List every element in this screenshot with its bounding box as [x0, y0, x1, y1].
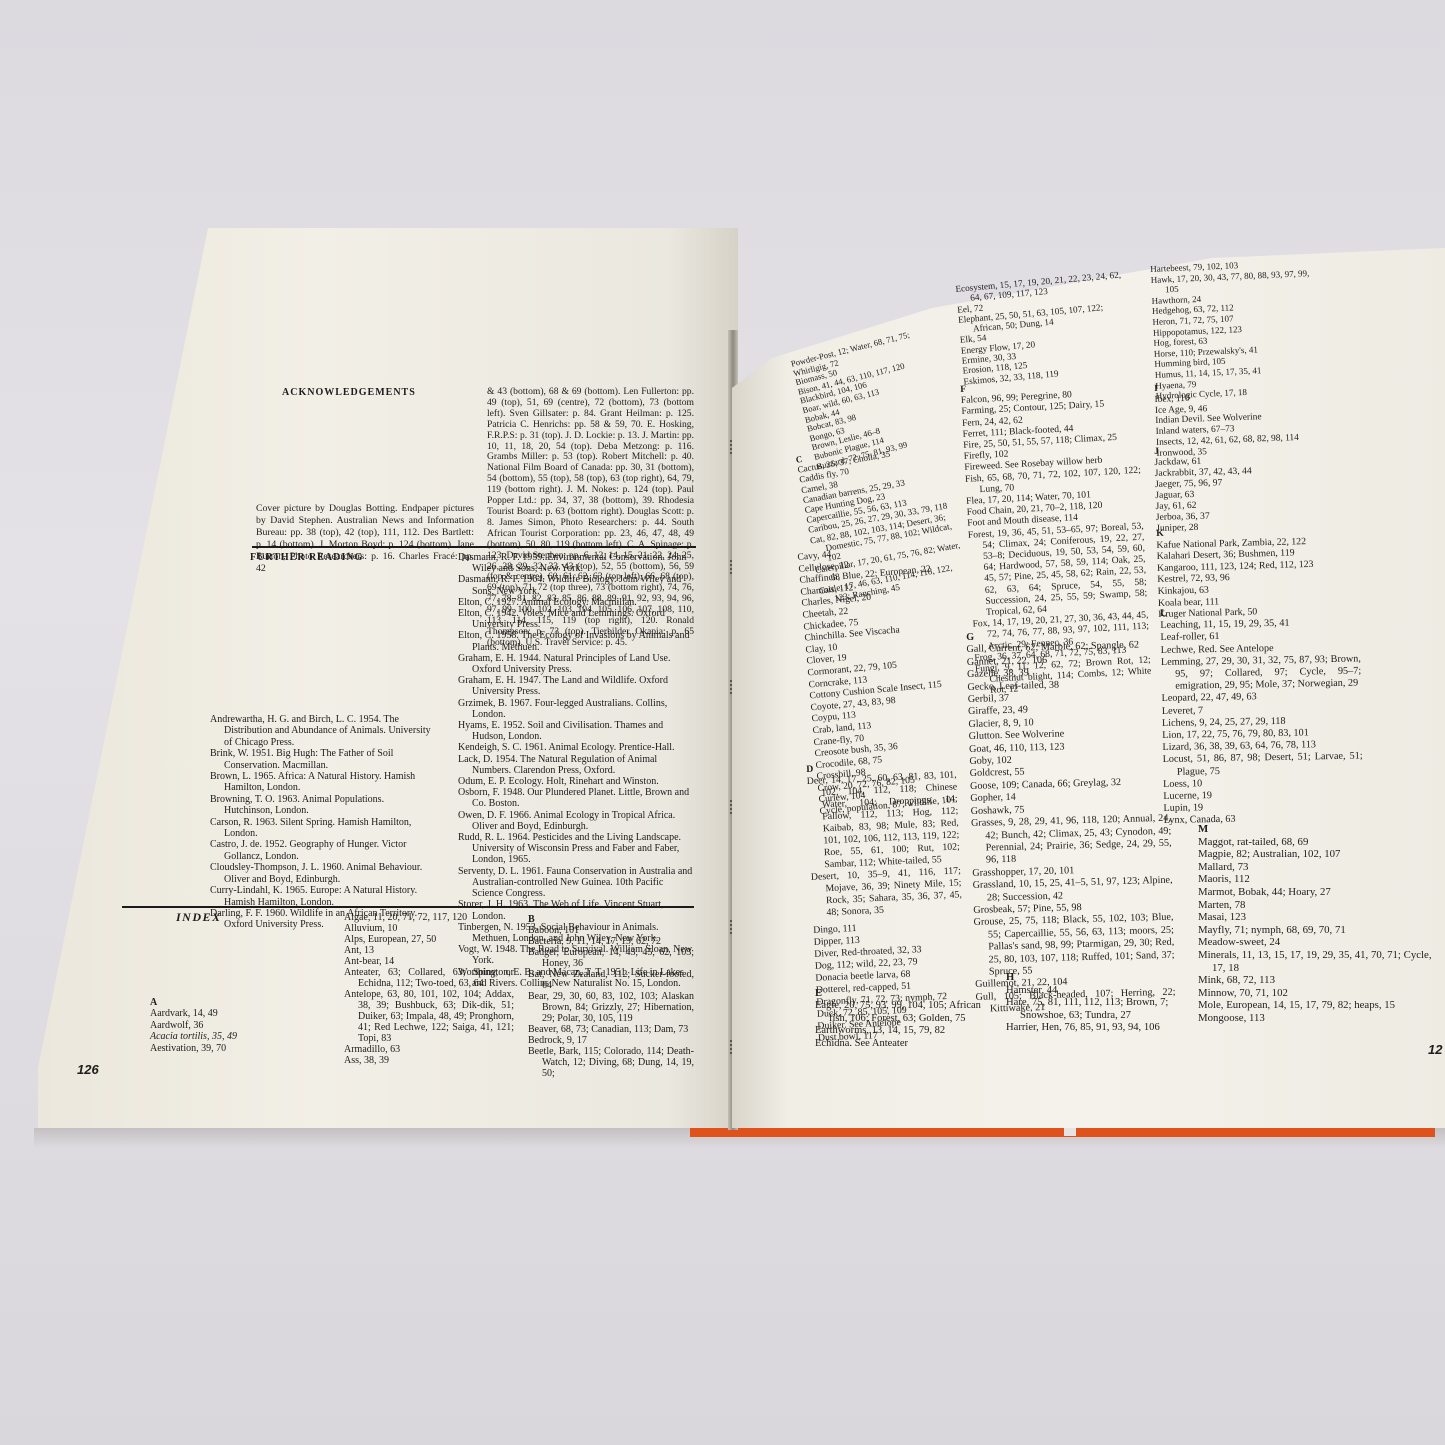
reference: Elton, C. 1927. Animal Ecology. Macmilla… [458, 597, 694, 608]
index-entry: Meadow-sweet, 24 [1198, 936, 1443, 949]
index-entry: Mayfly, 71; nymph, 68, 69, 70, 71 [1198, 924, 1443, 937]
index-entry: Ant-bear, 14 [344, 956, 514, 967]
index-entry: Deer, 14, 17, 25, 60, 63, 81, 83, 101, 1… [807, 769, 961, 871]
index-entry: Bat, New Zealand, 112; Sucker-footed, 64 [528, 969, 694, 991]
index-letter: A [150, 997, 320, 1008]
index-section-g: G Gall, Current, 62; Marble, 62; Spangle… [966, 627, 1176, 1017]
index-right-col2-top: Ecosystem, 15, 17, 19, 20, 21, 22, 23, 2… [955, 269, 1133, 386]
reference: Owen, D. F. 1966. Animal Ecology in Trop… [458, 810, 694, 832]
reference: Andrewartha, H. G. and Birch, L. C. 1954… [210, 714, 434, 748]
index-entry: Hamster, 44 [1006, 985, 1206, 998]
index-entry: Badger, European, 14, 43, 45, 62, 103; H… [528, 947, 694, 969]
index-letter: M [1198, 823, 1443, 836]
further-reading-heading: FURTHER READING [250, 552, 363, 565]
index-column-a-cont: Algae, 11, 20, 71, 72, 117, 120 Alluvium… [344, 912, 514, 1066]
index-entry: Antelope, 63, 80, 101, 102, 104; Addax, … [344, 989, 514, 1044]
index-entry: Armadillo, 63 [344, 1044, 514, 1055]
index-entry: Marmot, Bobak, 44; Hoary, 27 [1198, 886, 1443, 899]
index-section-j: J Jackdaw, 61 Jackrabbit, 37, 42, 43, 44… [1154, 441, 1336, 534]
index-entry: Beaver, 68, 73; Canadian, 113; Dam, 73 [528, 1024, 694, 1035]
index-entry: Mongoose, 113 [1198, 1012, 1443, 1025]
index-section-m: M Maggot, rat-tailed, 68, 69 Magpie, 82;… [1198, 823, 1443, 1025]
index-entry: Baboon, 101 [528, 925, 694, 936]
index-entry: Alps, European, 27, 50 [344, 934, 514, 945]
index-column-b: B Baboon, 101 Bacteria, 9, 11, 14, 17, 1… [528, 914, 694, 1079]
index-entry: Minerals, 11, 13, 15, 17, 19, 29, 35, 41… [1198, 949, 1443, 974]
index-entry: Ant, 13 [344, 945, 514, 956]
reference: Cloudsley-Thompson, J. L. 1960. Animal B… [210, 862, 434, 885]
index-column-a: A Aardvark, 14, 49 Aardwolf, 36 Acacia t… [150, 997, 320, 1054]
reference: Elton, C. 1942. Voles, Mice and Lemmings… [458, 608, 694, 630]
index-letter: E [815, 988, 995, 1000]
index-entry: Grasses, 9, 28, 29, 41, 96, 118, 120; An… [971, 813, 1172, 868]
reference: Castro, J. de. 1952. Geography of Hunger… [210, 839, 434, 862]
reference: Graham, E. H. 1944. Natural Principles o… [458, 653, 694, 675]
index-entry: Eagle, 20, 75, 93, 99, 104, 105; African… [815, 1000, 995, 1025]
reference: Graham, E. H. 1947. The Land and Wildlif… [458, 675, 694, 697]
acknowledgements-heading: ACKNOWLEDGEMENTS [282, 387, 416, 400]
reference: Browning, T. O. 1963. Animal Populations… [210, 794, 434, 817]
index-heading: INDEX [176, 911, 222, 924]
index-letter: B [528, 914, 694, 925]
index-entry: Desert, 10, 35–9, 41, 116, 117; Mojave, … [811, 865, 963, 919]
index-entry: Aestivation, 39, 70 [150, 1043, 320, 1054]
reference: Lack, D. 1954. The Natural Regulation of… [458, 754, 694, 776]
reference: Brown, L. 1965. Africa: A Natural Histor… [210, 771, 434, 794]
reference: Dasmann, R. F. 1959. Environmental Conse… [458, 552, 694, 574]
reference: Osborn, F. 1948. Our Plundered Planet. L… [458, 787, 694, 809]
index-entry: Magpie, 82; Australian, 102, 107 [1198, 848, 1443, 861]
index-section-h: H Hamster, 44 Hare, 75, 81, 111, 112, 11… [1006, 972, 1206, 1035]
index-entry: Earthworms, 13, 14, 15, 79, 82 [815, 1025, 995, 1037]
index-entry: Locust, 51, 86, 87, 98; Desert, 51; Larv… [1163, 751, 1363, 779]
reference: Dasmann, R. F. 1964. Wildlife Biology. J… [458, 574, 694, 596]
index-entry: Bedrock, 9, 17 [528, 1035, 694, 1046]
index-entry: Marten, 78 [1198, 899, 1443, 912]
index-entry: Bear, 29, 30, 60, 83, 102, 103; Alaskan … [528, 991, 694, 1024]
index-entry: Algae, 11, 20, 71, 72, 117, 120 [344, 912, 514, 923]
reference: Carson, R. 1963. Silent Spring. Hamish H… [210, 817, 434, 840]
index-section-e: E Eagle, 20, 75, 93, 99, 104, 105; Afric… [815, 988, 995, 1050]
index-entry: Acacia tortilis, 35, 49 [150, 1031, 320, 1042]
index-entry: Mole, European, 14, 15, 17, 79, 82; heap… [1198, 999, 1443, 1012]
index-entry: Aardvark, 14, 49 [150, 1008, 320, 1019]
reference: Rudd, R. L. 1964. Pesticides and the Liv… [458, 832, 694, 866]
index-entry: Aardwolf, 36 [150, 1020, 320, 1031]
index-entry: Masai, 123 [1198, 911, 1443, 924]
index-entry: Ass, 38, 39 [344, 1055, 514, 1066]
further-reading-left-column: Andrewartha, H. G. and Birch, L. C. 1954… [210, 714, 434, 931]
index-entry: Beetle, Bark, 115; Colorado, 114; Death-… [528, 1046, 694, 1079]
index-entry: Minnow, 70, 71, 102 [1198, 987, 1443, 1000]
reference: Elton, C. 1958. The Ecology of Invasions… [458, 630, 694, 652]
index-entry: Mink, 68, 72, 113 [1198, 974, 1443, 987]
index-entry: Harrier, Hen, 76, 85, 91, 93, 94, 106 [1006, 1022, 1206, 1035]
index-letter: H [1006, 972, 1206, 985]
reference: Odum, E. P. Ecology. Holt, Rinehart and … [458, 776, 694, 787]
reference: Kendeigh, S. C. 1961. Animal Ecology. Pr… [458, 742, 694, 753]
index-entry: Echidna. See Anteater [815, 1038, 995, 1050]
index-entry: Maoris, 112 [1198, 873, 1443, 886]
index-entry: Hare, 75, 81, 111, 112, 113; Brown, 7; S… [1006, 997, 1206, 1022]
section-rule [252, 546, 696, 548]
index-entry: Bacteria, 9, 11, 14, 17, 19, 62, 72 [528, 936, 694, 947]
page-number-left: 126 [77, 1062, 99, 1077]
index-entry: Grouse, 25, 75, 118; Black, 55, 102, 103… [973, 912, 1175, 979]
reference: Hyams, E. 1952. Soil and Civilisation. T… [458, 720, 694, 742]
reference: Serventy, D. L. 1961. Fauna Conservation… [458, 866, 694, 900]
index-section-l: L Leaching, 11, 15, 19, 29, 35, 41 Leaf-… [1160, 605, 1364, 828]
reference: Grzimek, B. 1967. Four-legged Australian… [458, 698, 694, 720]
page-number-right: 12 [1428, 1042, 1442, 1057]
index-entry: Lemming, 27, 29, 30, 31, 32, 75, 87, 93;… [1161, 653, 1362, 693]
index-entry: Alluvium, 10 [344, 923, 514, 934]
index-entry: Maggot, rat-tailed, 68, 69 [1198, 836, 1443, 849]
index-entry: Anteater, 63; Collared, 63; Spiny, or Ec… [344, 967, 514, 989]
reference: Brink, W. 1951. Big Hugh: The Father of … [210, 748, 434, 771]
section-rule [122, 906, 694, 908]
index-entry: Mallard, 73 [1198, 861, 1443, 874]
reference: Curry-Lindahl, K. 1965. Europe: A Natura… [210, 885, 434, 908]
index-entry: Forest, 19, 36, 45, 51, 53–65, 97; Borea… [968, 520, 1148, 619]
